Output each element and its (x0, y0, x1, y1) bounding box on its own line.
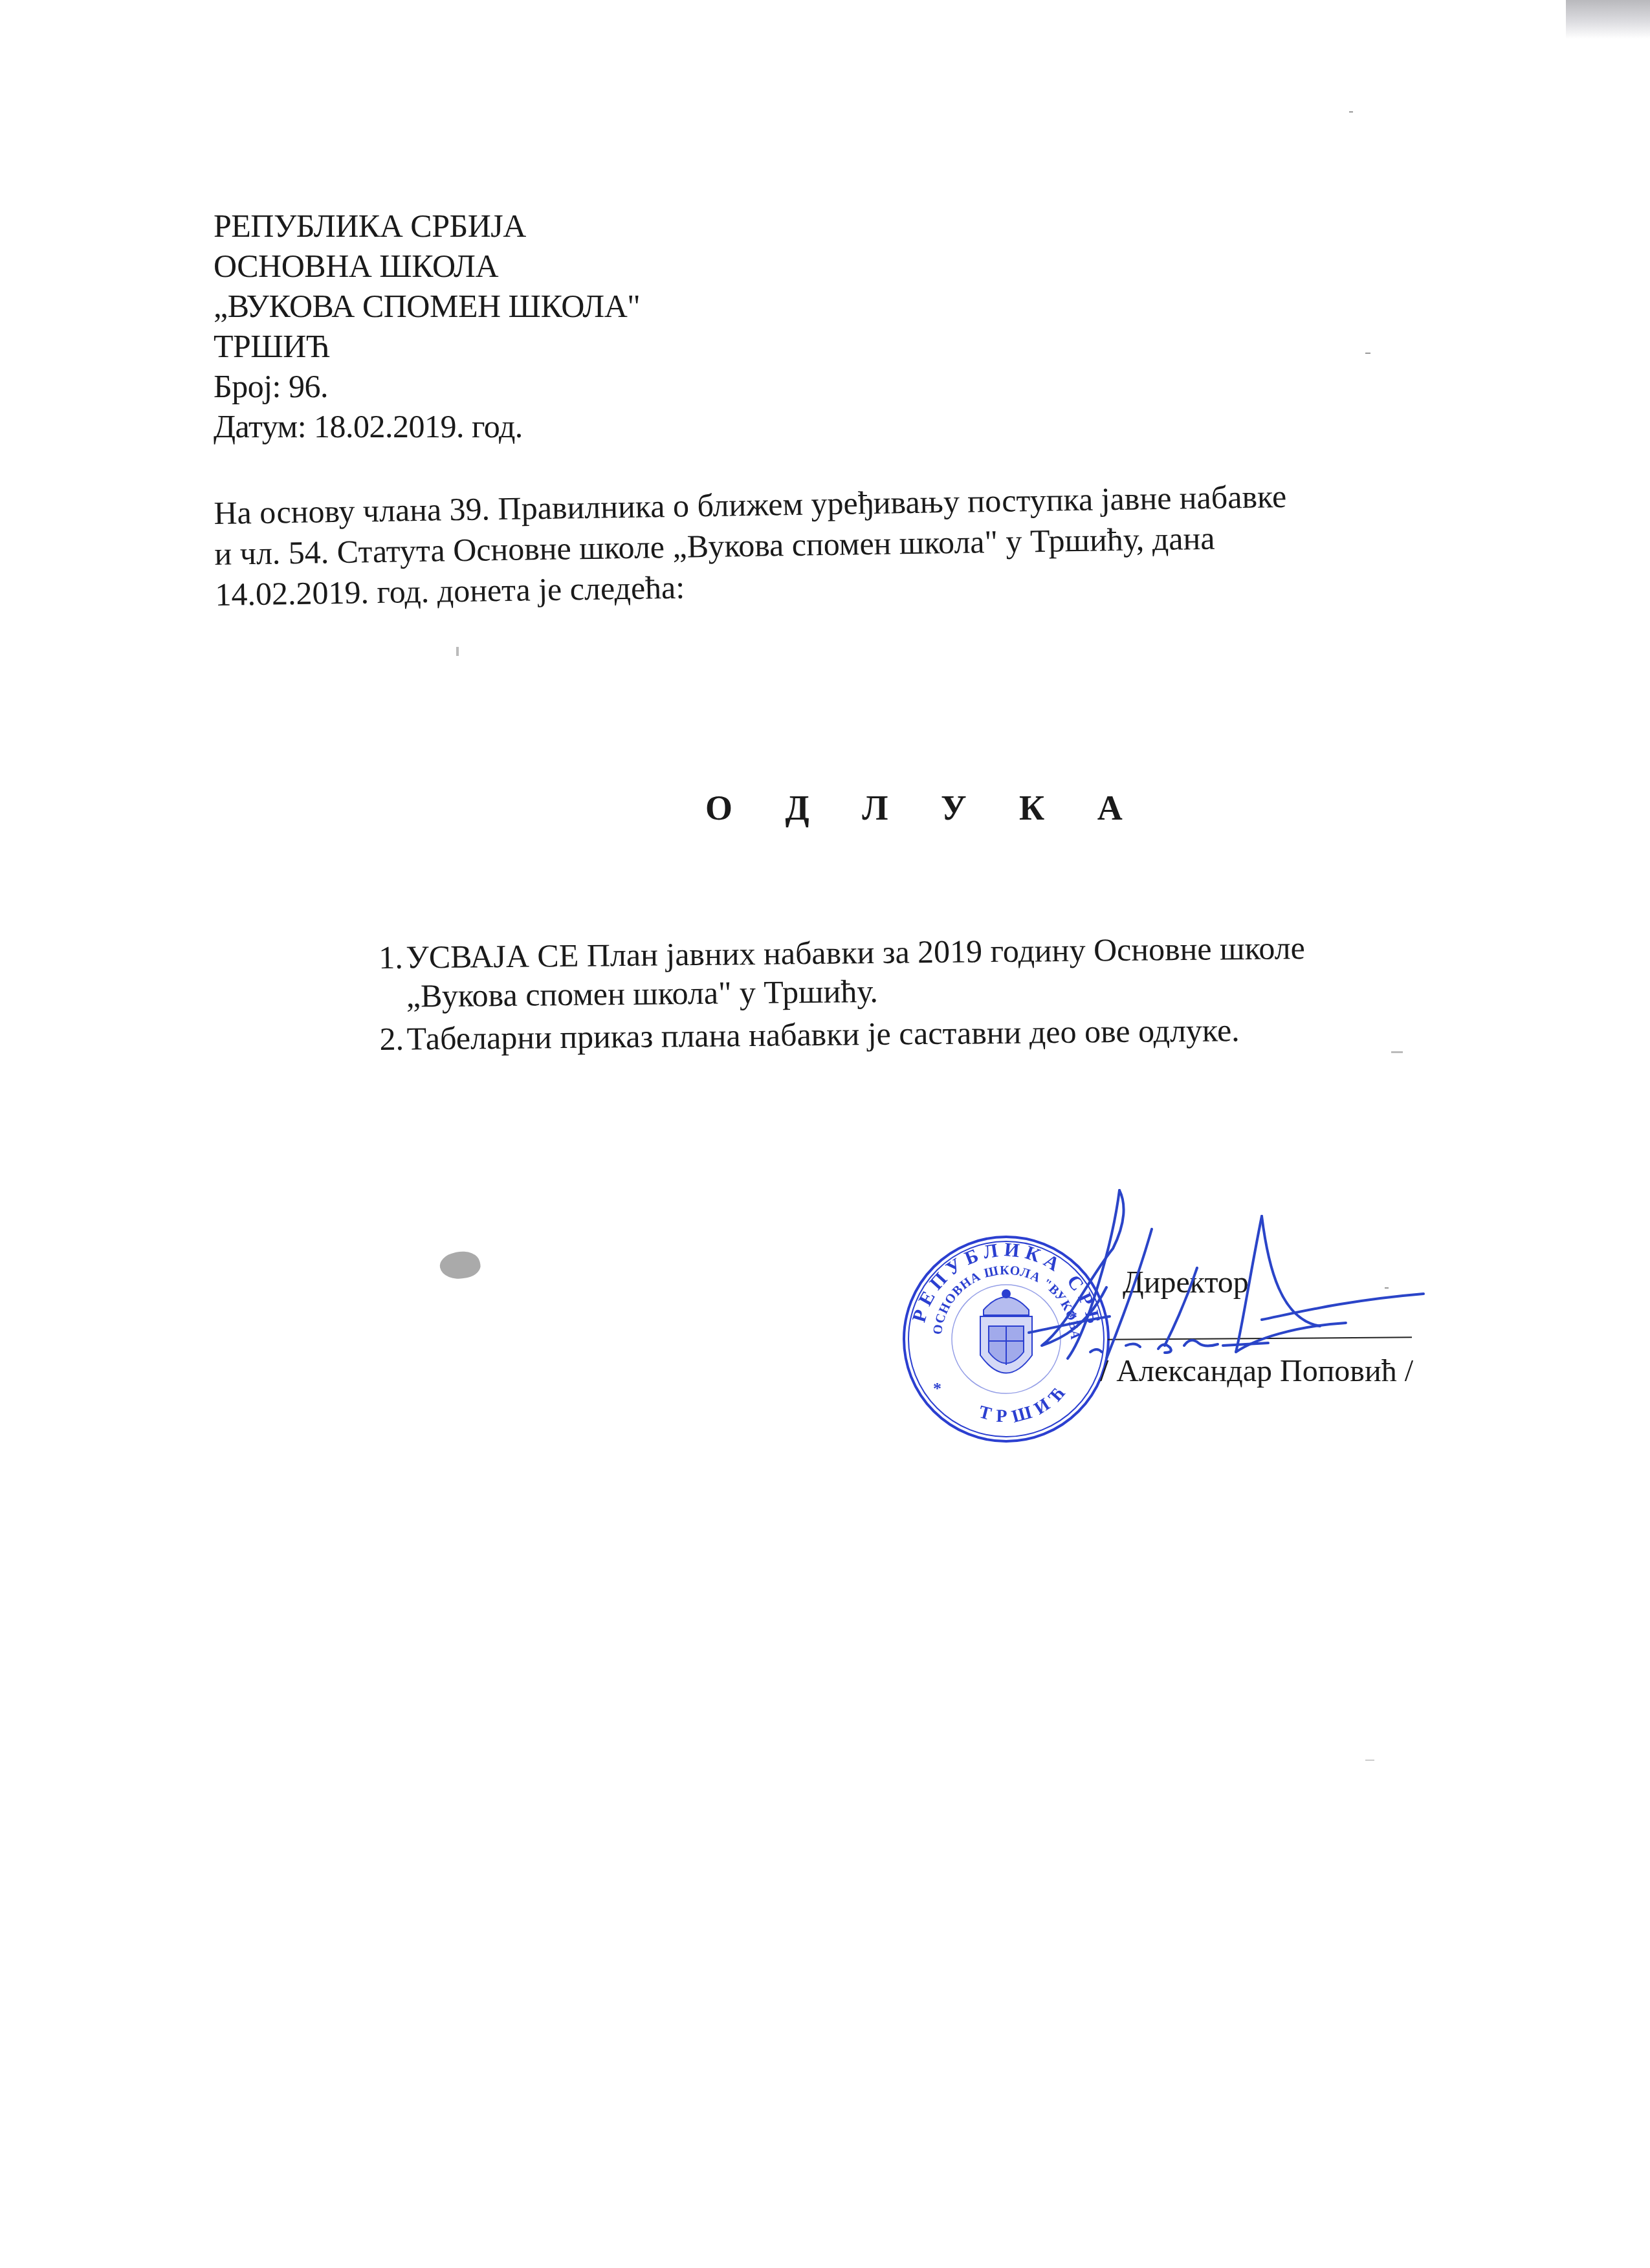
scan-speck (1385, 1287, 1389, 1289)
scan-speck (1365, 1760, 1374, 1761)
scan-speck (456, 647, 459, 656)
svg-text:ТРШИЋ: ТРШИЋ (977, 1378, 1074, 1427)
item-number: 1. (379, 938, 403, 977)
decision-title: О Д Л У К А (705, 788, 1145, 828)
scan-speck (1365, 353, 1370, 354)
scan-speck (1349, 111, 1353, 113)
decision-items: 1. УСВАЈА СЕ План јавних набавки за 2019… (379, 928, 1306, 1058)
preamble-paragraph: На основу члана 39. Правилника о ближем … (214, 474, 1445, 615)
header-number: Број: 96. (214, 366, 640, 406)
signatory-role: Директор (1123, 1265, 1249, 1300)
header-school-name: „ВУКОВА СПОМЕН ШКОЛА" (214, 286, 640, 326)
official-stamp: РЕПУБЛИКА СРБИЈА ОСНОВНА ШКОЛА "ВУКОВА С… (899, 1232, 1113, 1446)
ink-blot (437, 1248, 482, 1283)
document-header: РЕПУБЛИКА СРБИЈА ОСНОВНА ШКОЛА „ВУКОВА С… (214, 206, 640, 446)
decision-item: 2. Табеларни приказ плана набавки је сас… (379, 1010, 1306, 1058)
scan-edge-shadow (1566, 0, 1650, 39)
scan-speck (1391, 1051, 1403, 1053)
svg-text:*: * (1069, 1308, 1077, 1327)
coat-of-arms-icon (980, 1290, 1032, 1373)
header-date: Датум: 18.02.2019. год. (214, 406, 640, 446)
item-number: 2. (379, 1020, 404, 1058)
svg-text:*: * (933, 1379, 941, 1398)
decision-item: 1. УСВАЈА СЕ План јавних набавки за 2019… (379, 928, 1306, 1016)
header-country: РЕПУБЛИКА СРБИЈА (214, 206, 640, 246)
signature-line (1108, 1336, 1412, 1340)
header-place: ТРШИЋ (214, 326, 640, 366)
item-text-line: Табеларни приказ плана набавки је састав… (406, 1010, 1306, 1058)
signatory-name: / Александар Поповић / (1100, 1353, 1413, 1389)
header-school-type: ОСНОВНА ШКОЛА (214, 246, 640, 286)
stamp-bottom-text: ТРШИЋ (977, 1378, 1074, 1427)
